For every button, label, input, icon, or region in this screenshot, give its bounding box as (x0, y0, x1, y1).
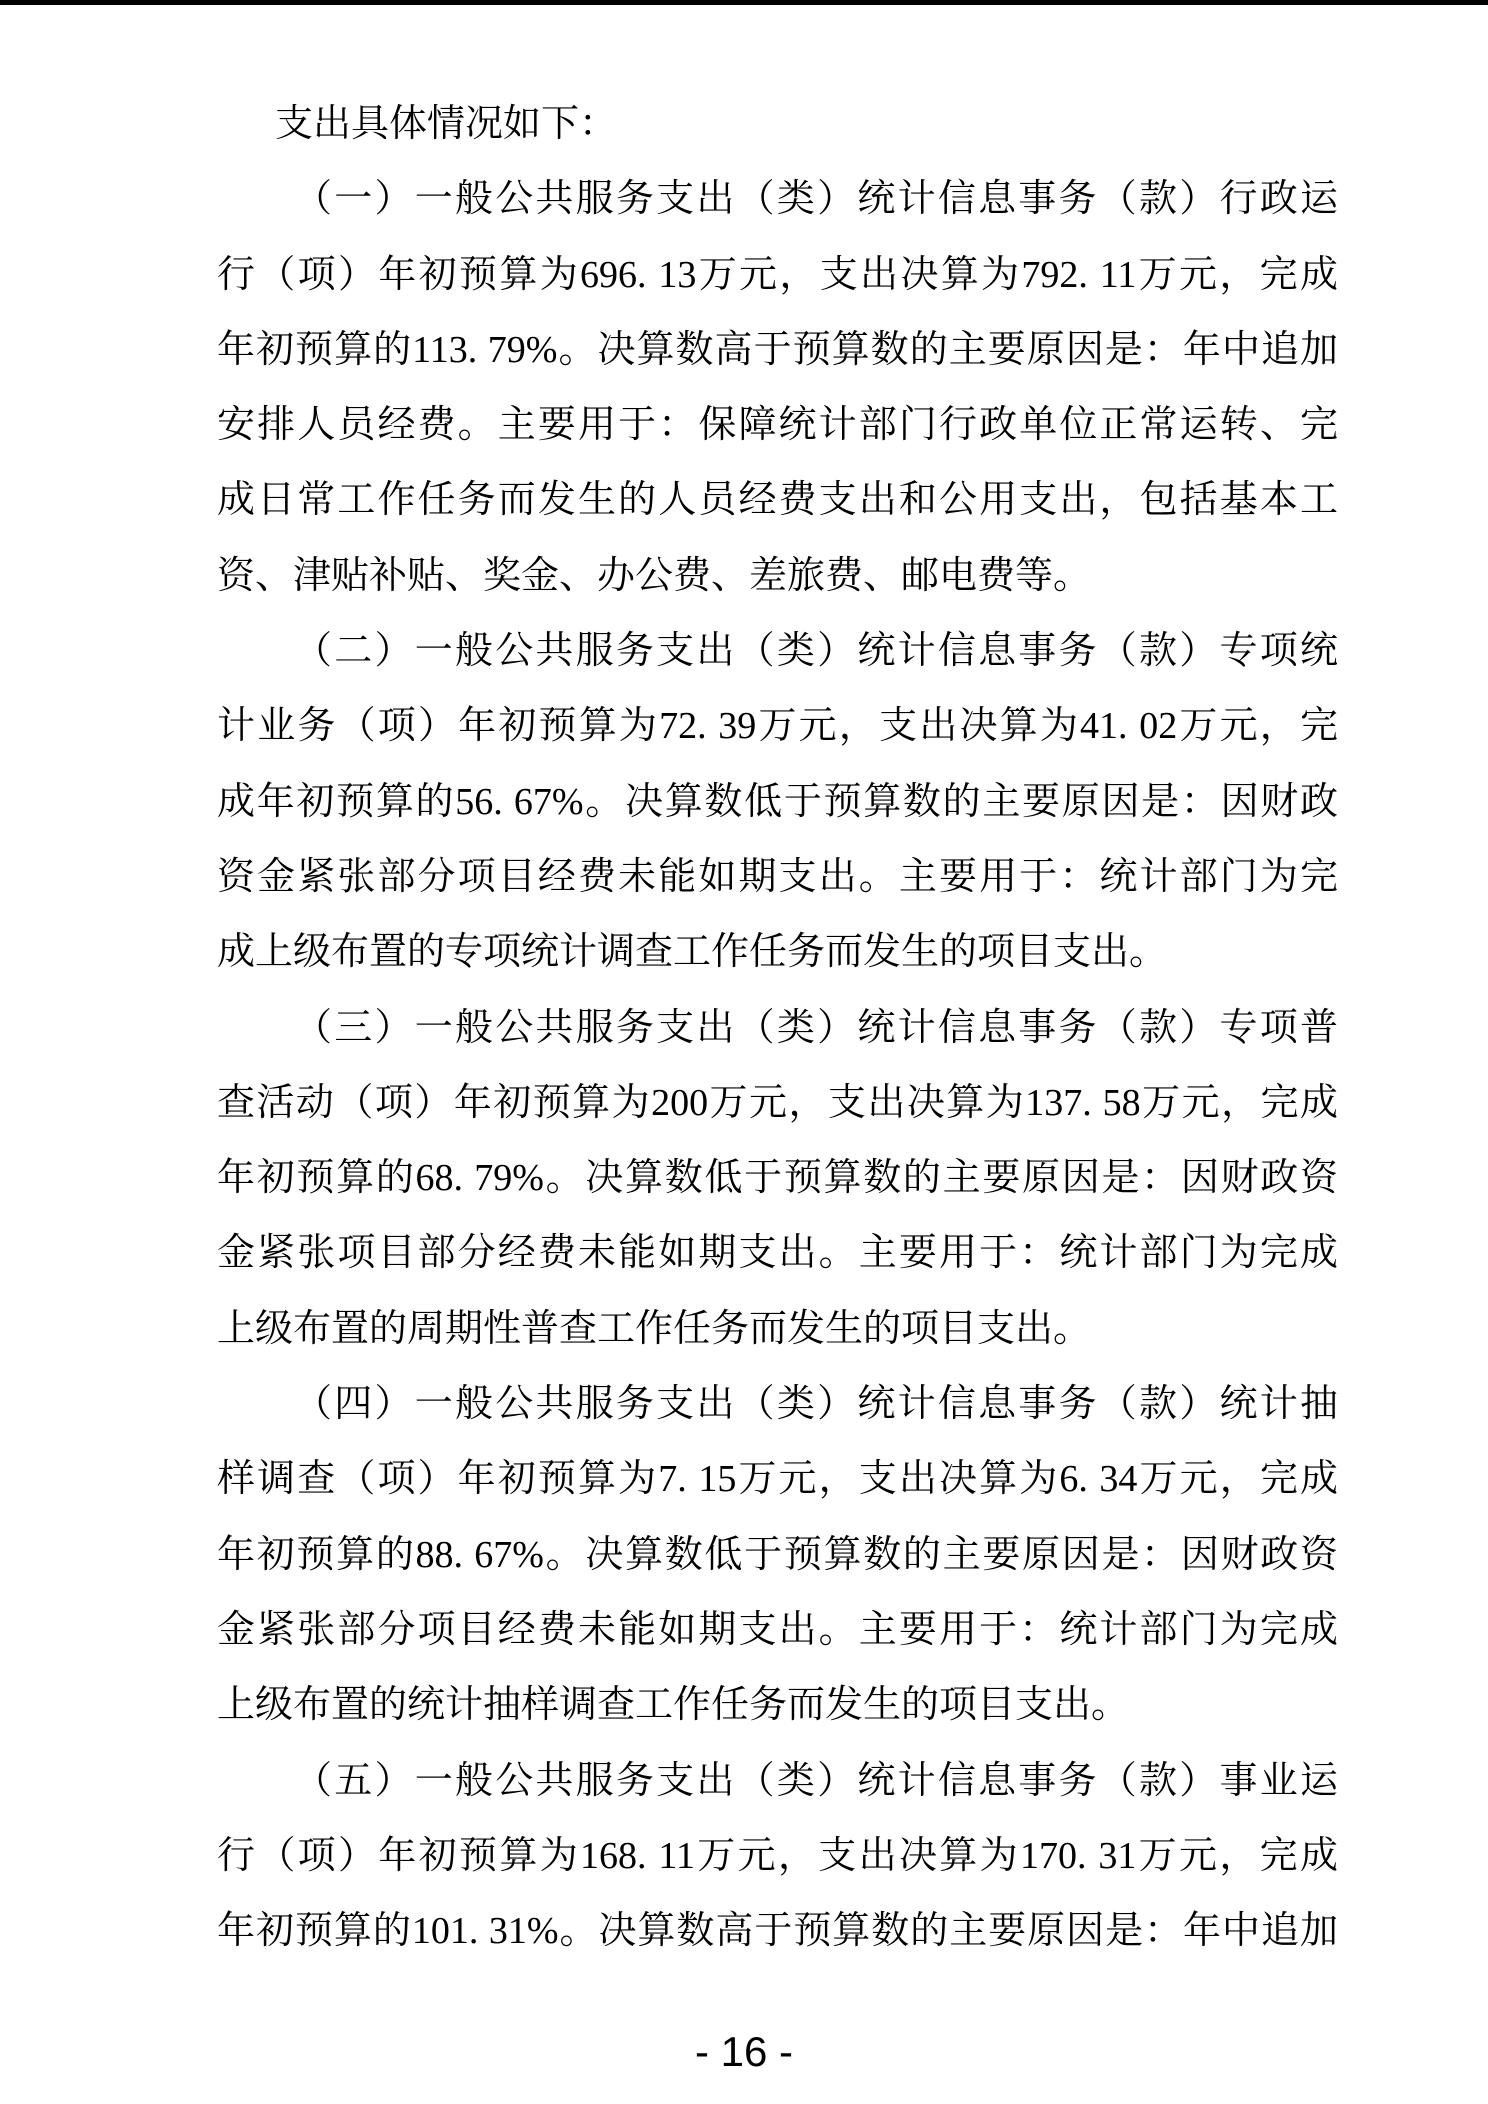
text-line: 安排人员经费。主要用于：保障统计部门行政单位正常运转、完 (217, 388, 1338, 463)
paragraph-item-2: （二）一般公共服务支出（类）统计信息事务（款）专项统 计业务（项）年初预算为72… (217, 614, 1338, 990)
text-line: （一）一般公共服务支出（类）统计信息事务（款）行政运 (217, 162, 1338, 237)
text-line: （二）一般公共服务支出（类）统计信息事务（款）专项统 (217, 614, 1338, 689)
text-line: 样调查（项）年初预算为7. 15万元，支出决算为6. 34万元，完成 (217, 1442, 1338, 1517)
text-line: 金紧张项目部分经费未能如期支出。主要用于：统计部门为完成 (217, 1216, 1338, 1291)
text-line: 查活动（项）年初预算为200万元，支出决算为137. 58万元，完成 (217, 1066, 1338, 1141)
text-line: 成日常工作任务而发生的人员经费支出和公用支出，包括基本工 (217, 463, 1338, 538)
text-line: 成年初预算的56. 67%。决算数低于预算数的主要原因是：因财政 (217, 765, 1338, 840)
text-line: 年初预算的101. 31%。决算数高于预算数的主要原因是：年中追加 (217, 1894, 1338, 1969)
text-line: 行（项）年初预算为696. 13万元，支出决算为792. 11万元，完成 (217, 238, 1338, 313)
page-top-border (0, 0, 1488, 5)
text-line: 行（项）年初预算为168. 11万元，支出决算为170. 31万元，完成 (217, 1819, 1338, 1894)
text-line: 资、津贴补贴、奖金、办公费、差旅费、邮电费等。 (217, 539, 1338, 614)
text-line: 年初预算的113. 79%。决算数高于预算数的主要原因是：年中追加 (217, 313, 1338, 388)
text-line: 上级布置的周期性普查工作任务而发生的项目支出。 (217, 1292, 1338, 1367)
paragraph-intro: 支出具体情况如下： (217, 87, 1338, 162)
text-line: 金紧张部分项目经费未能如期支出。主要用于：统计部门为完成 (217, 1593, 1338, 1668)
text-line: 上级布置的统计抽样调查工作任务而发生的项目支出。 (217, 1668, 1338, 1743)
document-page: 支出具体情况如下： （一）一般公共服务支出（类）统计信息事务（款）行政运 行（项… (0, 0, 1488, 2104)
text-line: 年初预算的68. 79%。决算数低于预算数的主要原因是：因财政资 (217, 1141, 1338, 1216)
paragraph-item-3: （三）一般公共服务支出（类）统计信息事务（款）专项普 查活动（项）年初预算为20… (217, 991, 1338, 1367)
text-line: 计业务（项）年初预算为72. 39万元，支出决算为41. 02万元，完 (217, 689, 1338, 764)
text-line: 成上级布置的专项统计调查工作任务而发生的项目支出。 (217, 915, 1338, 990)
text-line: （五）一般公共服务支出（类）统计信息事务（款）事业运 (217, 1744, 1338, 1819)
body-text: 支出具体情况如下： （一）一般公共服务支出（类）统计信息事务（款）行政运 行（项… (217, 87, 1338, 1969)
paragraph-item-4: （四）一般公共服务支出（类）统计信息事务（款）统计抽 样调查（项）年初预算为7.… (217, 1367, 1338, 1743)
text-line: （三）一般公共服务支出（类）统计信息事务（款）专项普 (217, 991, 1338, 1066)
text-line: 资金紧张部分项目经费未能如期支出。主要用于：统计部门为完 (217, 840, 1338, 915)
text-line: （四）一般公共服务支出（类）统计信息事务（款）统计抽 (217, 1367, 1338, 1442)
paragraph-item-5: （五）一般公共服务支出（类）统计信息事务（款）事业运 行（项）年初预算为168.… (217, 1744, 1338, 1970)
text-line: 支出具体情况如下： (217, 87, 1338, 162)
text-line: 年初预算的88. 67%。决算数低于预算数的主要原因是：因财政资 (217, 1518, 1338, 1593)
paragraph-item-1: （一）一般公共服务支出（类）统计信息事务（款）行政运 行（项）年初预算为696.… (217, 162, 1338, 614)
page-number: - 16 - (0, 2028, 1488, 2076)
